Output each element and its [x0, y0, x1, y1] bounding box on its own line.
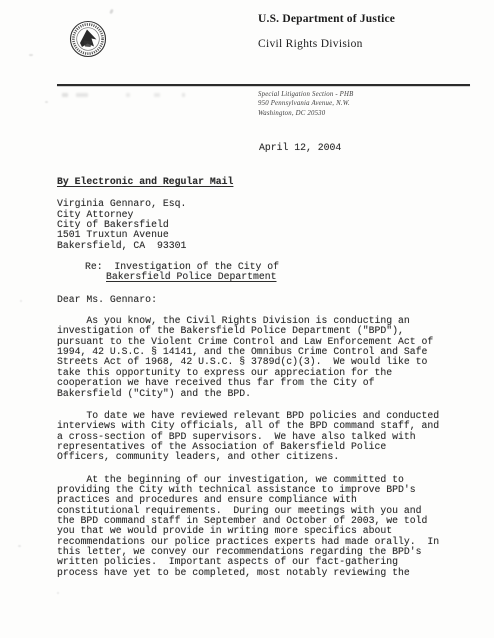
letter-date: April 12, 2004 [259, 143, 341, 153]
section-address-line: Washington, DC 20530 [258, 109, 354, 118]
body-paragraph: As you know, the Civil Rights Division i… [57, 316, 467, 399]
division-name: Civil Rights Division [258, 38, 395, 50]
re-subject-block: Re: Investigation of the City of Bakersf… [57, 262, 467, 283]
section-address: Special Litigation Section - PHB 950 Pen… [258, 90, 354, 118]
letterhead: U.S. Department of Justice Civil Rights … [258, 13, 395, 50]
re-subject-underlined: Bakersfield Police Department [106, 271, 277, 282]
scan-speck [20, 300, 22, 302]
letter-body: By Electronic and Regular Mail Virginia … [57, 177, 467, 578]
doj-seal-icon [69, 20, 107, 58]
agency-name: U.S. Department of Justice [258, 13, 395, 25]
scan-smudge [62, 93, 202, 97]
body-paragraph: To date we have reviewed relevant BPD po… [57, 411, 467, 463]
scanned-letter-page: U.S. Department of Justice Civil Rights … [0, 0, 494, 638]
section-address-line: 950 Pennsylvania Avenue, N.W. [258, 99, 354, 108]
scan-speck [29, 54, 33, 56]
letterhead-divider [57, 84, 470, 86]
scan-speck [45, 101, 48, 103]
scan-speck [57, 592, 59, 594]
body-paragraph: At the beginning of our investigation, w… [57, 475, 467, 578]
re-subject-line2: Bakersfield Police Department [85, 272, 467, 282]
salutation: Dear Ms. Gennaro: [57, 295, 467, 305]
recipient-address: Virginia Gennaro, Esq. City Attorney Cit… [57, 199, 467, 251]
doj-seal-graphic [69, 20, 107, 58]
scan-speck [109, 9, 114, 15]
delivery-method: By Electronic and Regular Mail [57, 177, 467, 187]
scan-speck [18, 545, 21, 547]
section-address-line: Special Litigation Section - PHB [258, 90, 354, 99]
